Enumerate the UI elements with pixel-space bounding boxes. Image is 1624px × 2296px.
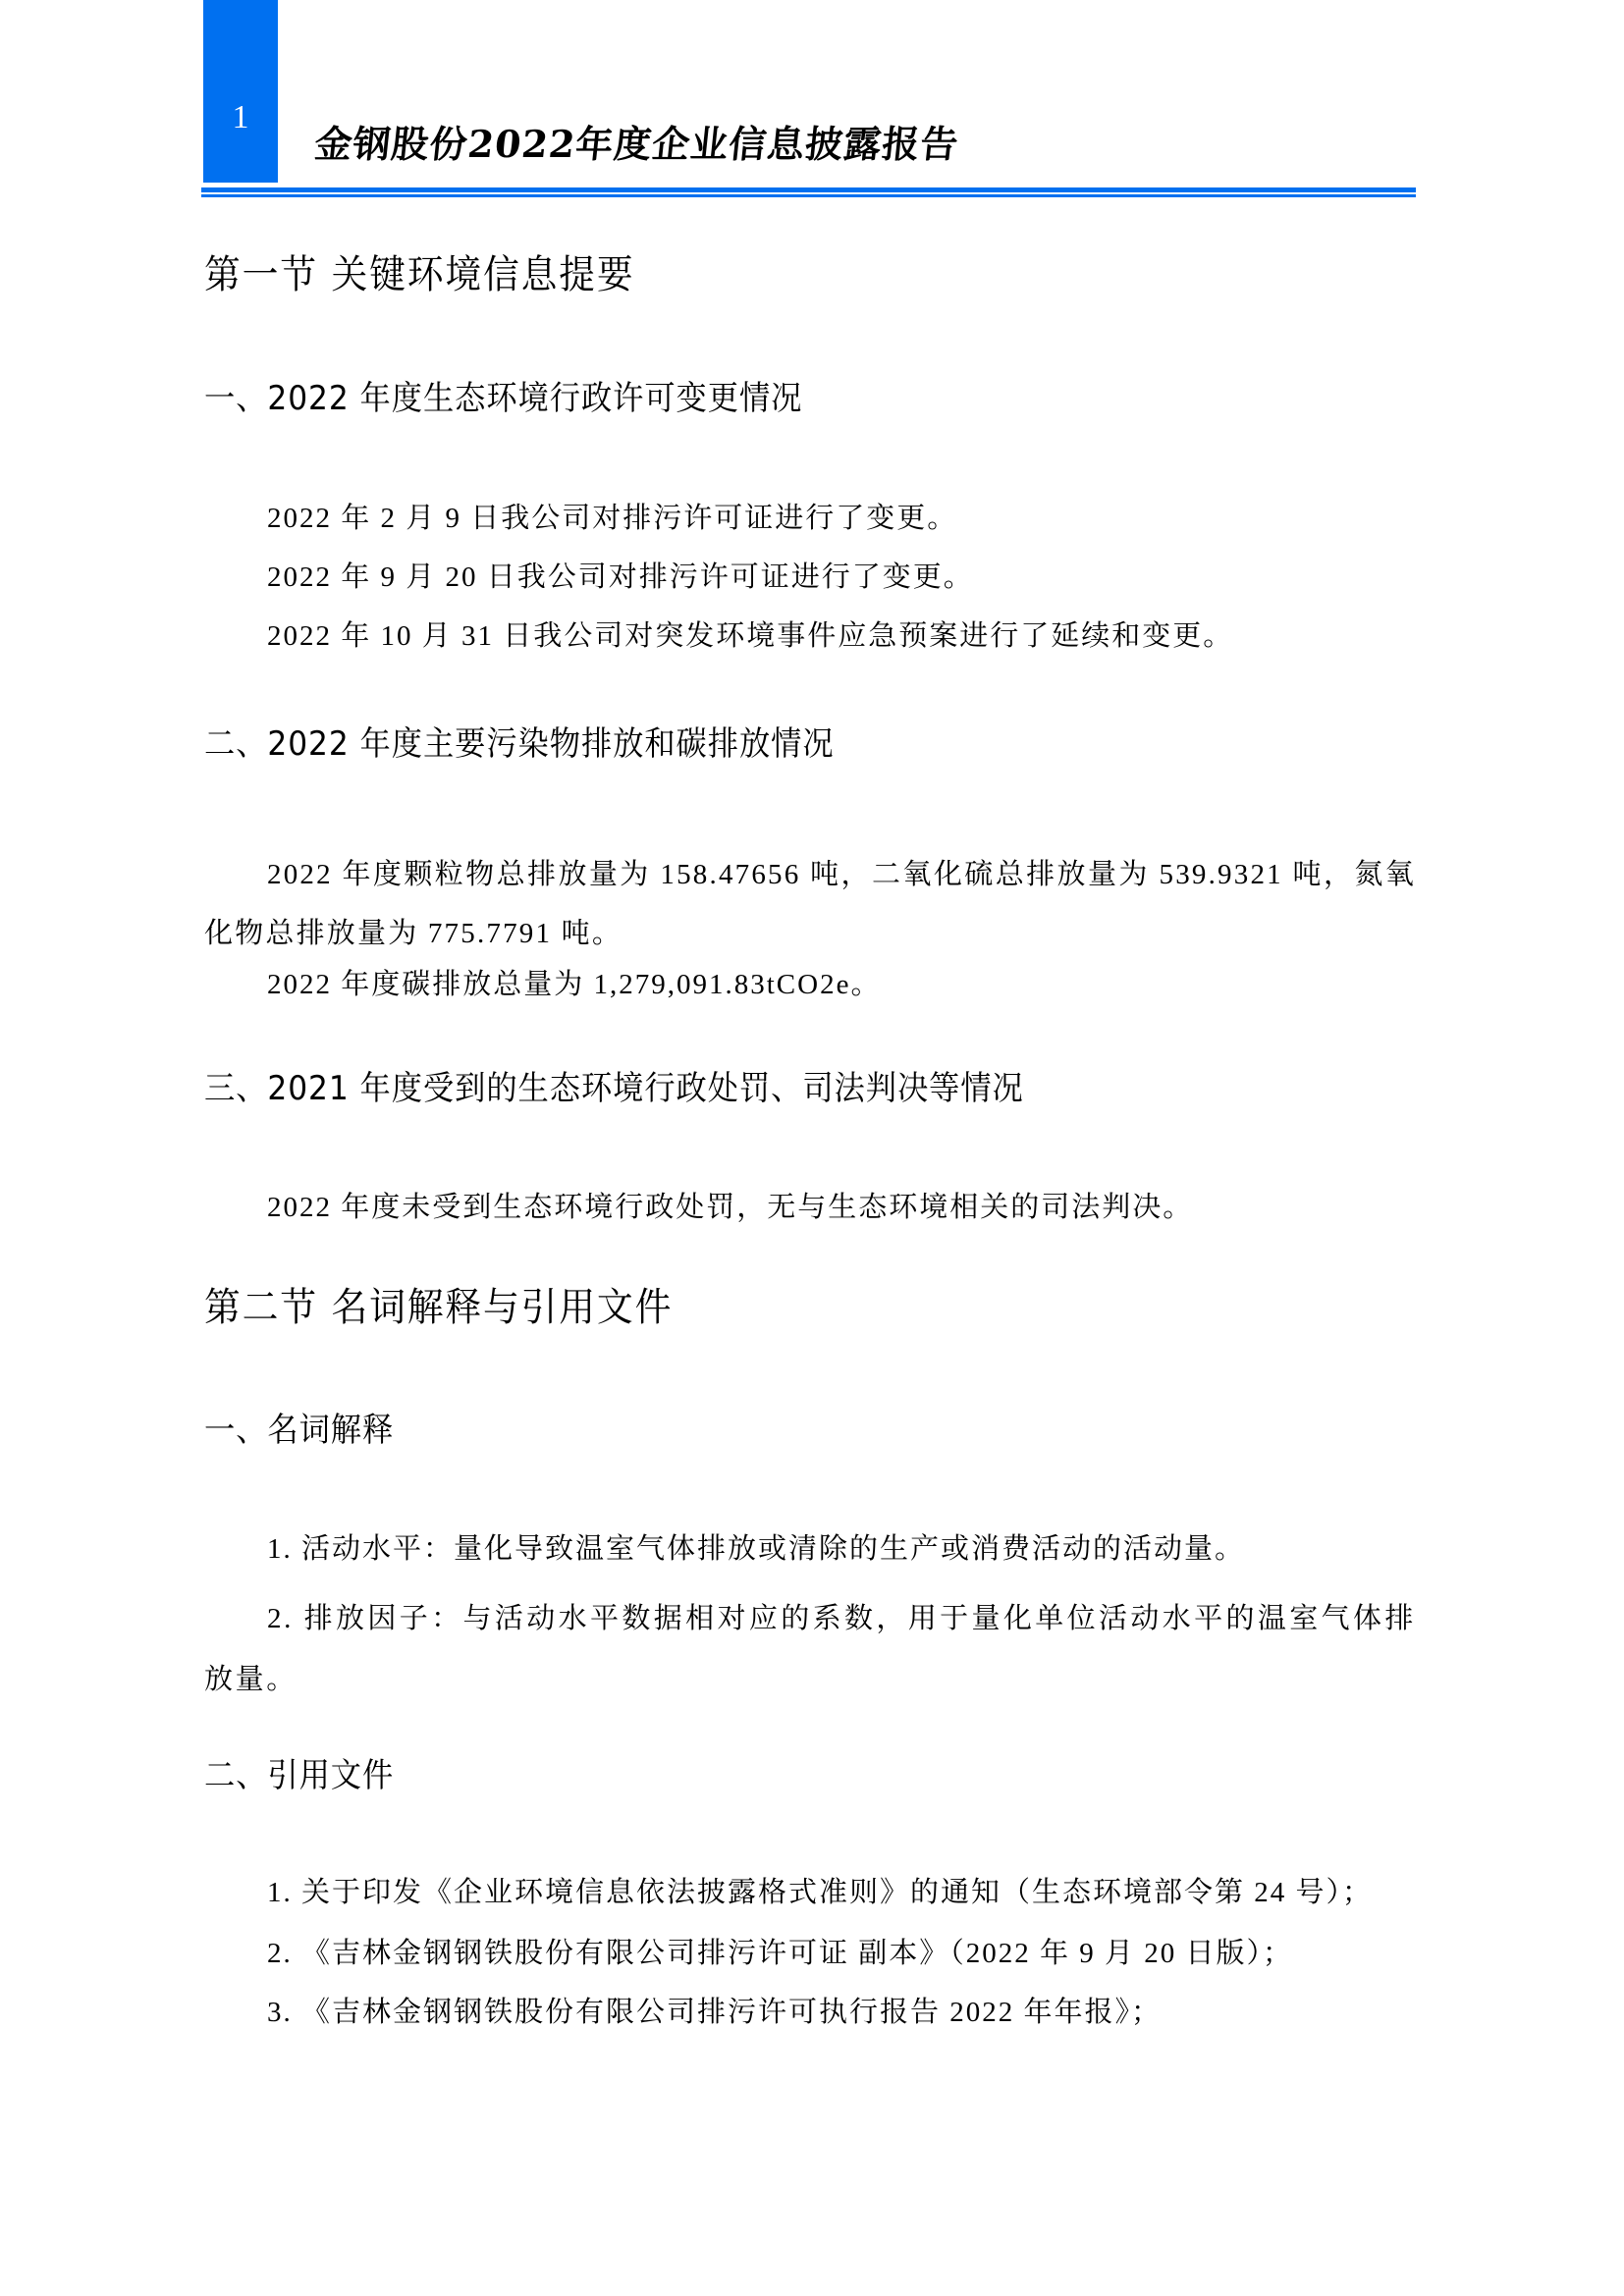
permit-change-line-3: 2022 年 10 月 31 日我公司对突发环境事件应急预案进行了延续和变更。 <box>204 616 1416 656</box>
section-1-title: 第一节 关键环境信息提要 <box>204 250 635 299</box>
permit-change-line-2: 2022 年 9 月 20 日我公司对排污许可证进行了变更。 <box>204 558 1416 597</box>
permit-change-line-1: 2022 年 2 月 9 日我公司对排污许可证进行了变更。 <box>204 499 1416 538</box>
reference-item-2: 2. 《吉林金钢钢铁股份有限公司排污许可证 副本》（2022 年 9 月 20 … <box>204 1934 1416 1973</box>
page-number: 1 <box>203 98 278 137</box>
section-2-sub-2-title: 二、引用文件 <box>204 1754 394 1797</box>
header-rule-thin <box>201 194 1416 197</box>
pollutant-emissions-paragraph: 2022 年度颗粒物总排放量为 158.47656 吨，二氧化硫总排放量为 53… <box>204 845 1416 963</box>
header-rule-thick <box>201 187 1416 192</box>
reference-item-3: 3. 《吉林金钢钢铁股份有限公司排污许可执行报告 2022 年年报》； <box>204 1993 1416 2032</box>
section-1-sub-2-title: 二、2022 年度主要污染物排放和碳排放情况 <box>204 722 835 766</box>
penalty-paragraph: 2022 年度未受到生态环境行政处罚，无与生态环境相关的司法判决。 <box>204 1188 1416 1227</box>
section-2-sub-1-title: 一、名词解释 <box>204 1409 394 1452</box>
definition-item-2: 2. 排放因子：与活动水平数据相对应的系数，用于量化单位活动水平的温室气体排放量… <box>204 1588 1416 1710</box>
document-title: 金钢股份2022年度企业信息披露报告 <box>312 120 961 169</box>
reference-item-1: 1. 关于印发《企业环境信息依法披露格式准则》的通知（生态环境部令第 24 号）… <box>204 1873 1416 1912</box>
definition-item-1: 1. 活动水平：量化导致温室气体排放或清除的生产或消费活动的活动量。 <box>204 1529 1416 1569</box>
section-1-sub-3-title: 三、2021 年度受到的生态环境行政处罚、司法判决等情况 <box>204 1067 1024 1110</box>
section-1-sub-1-title: 一、2022 年度生态环境行政许可变更情况 <box>204 377 802 420</box>
header-accent-block <box>203 0 278 183</box>
carbon-emissions-paragraph: 2022 年度碳排放总量为 1,279,091.83tCO2e。 <box>204 965 1416 1004</box>
section-2-title: 第二节 名词解释与引用文件 <box>204 1283 673 1332</box>
